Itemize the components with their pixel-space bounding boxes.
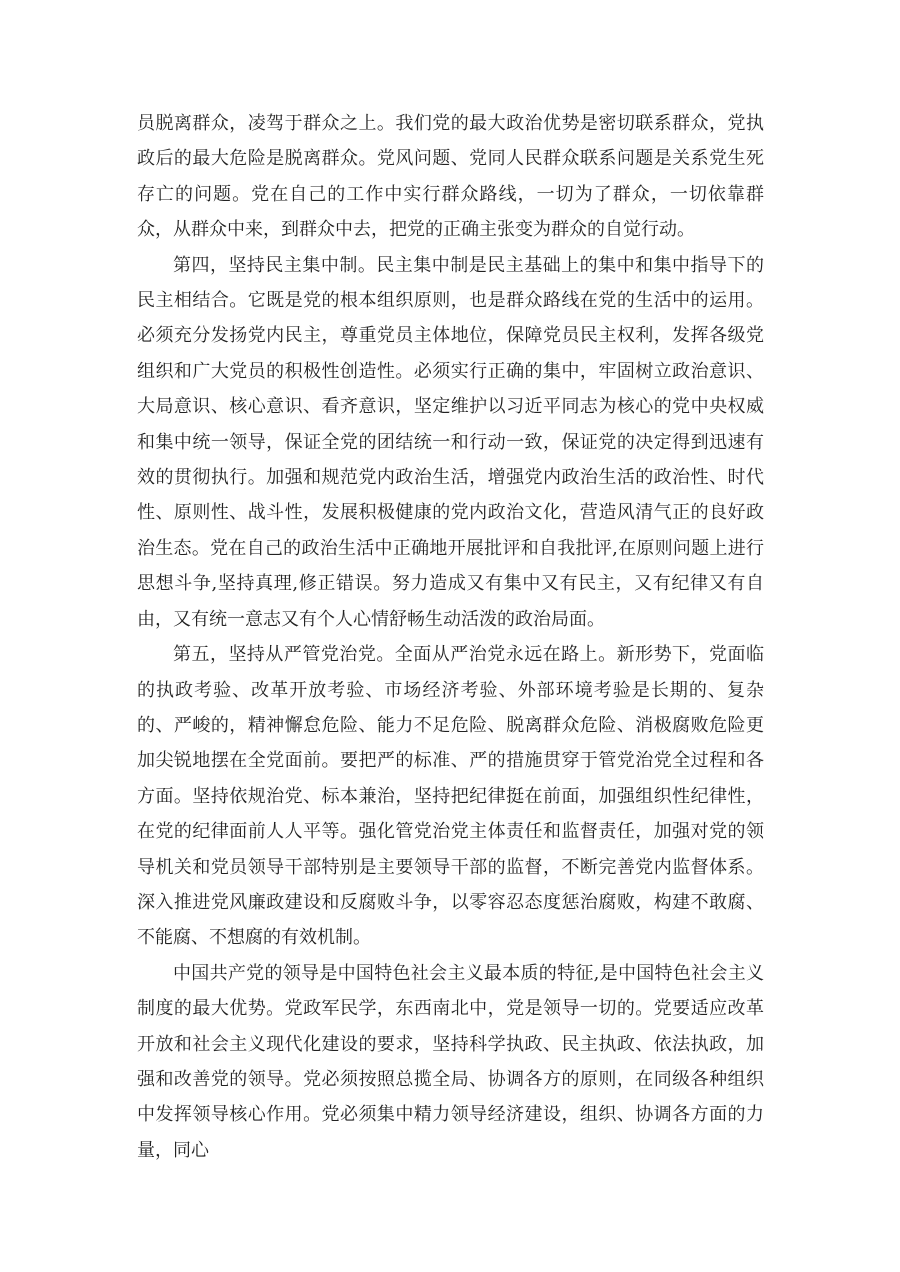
paragraph: 员脱离群众，凌驾于群众之上。我们党的最大政治优势是密切联系群众，党执政后的最大危… (137, 106, 764, 248)
document-body: 员脱离群众，凌驾于群众之上。我们党的最大政治优势是密切联系群众，党执政后的最大危… (137, 106, 764, 1168)
document-page: 员脱离群众，凌驾于群众之上。我们党的最大政治优势是密切联系群众，党执政后的最大危… (0, 0, 900, 1272)
paragraph: 第四，坚持民主集中制。民主集中制是民主基础上的集中和集中指导下的民主相结合。它既… (137, 248, 764, 637)
paragraph: 中国共产党的领导是中国特色社会主义最本质的特征,是中国特色社会主义制度的最大优势… (137, 956, 764, 1168)
paragraph: 第五，坚持从严管党治党。全面从严治党永远在路上。新形势下，党面临的执政考验、改革… (137, 637, 764, 956)
